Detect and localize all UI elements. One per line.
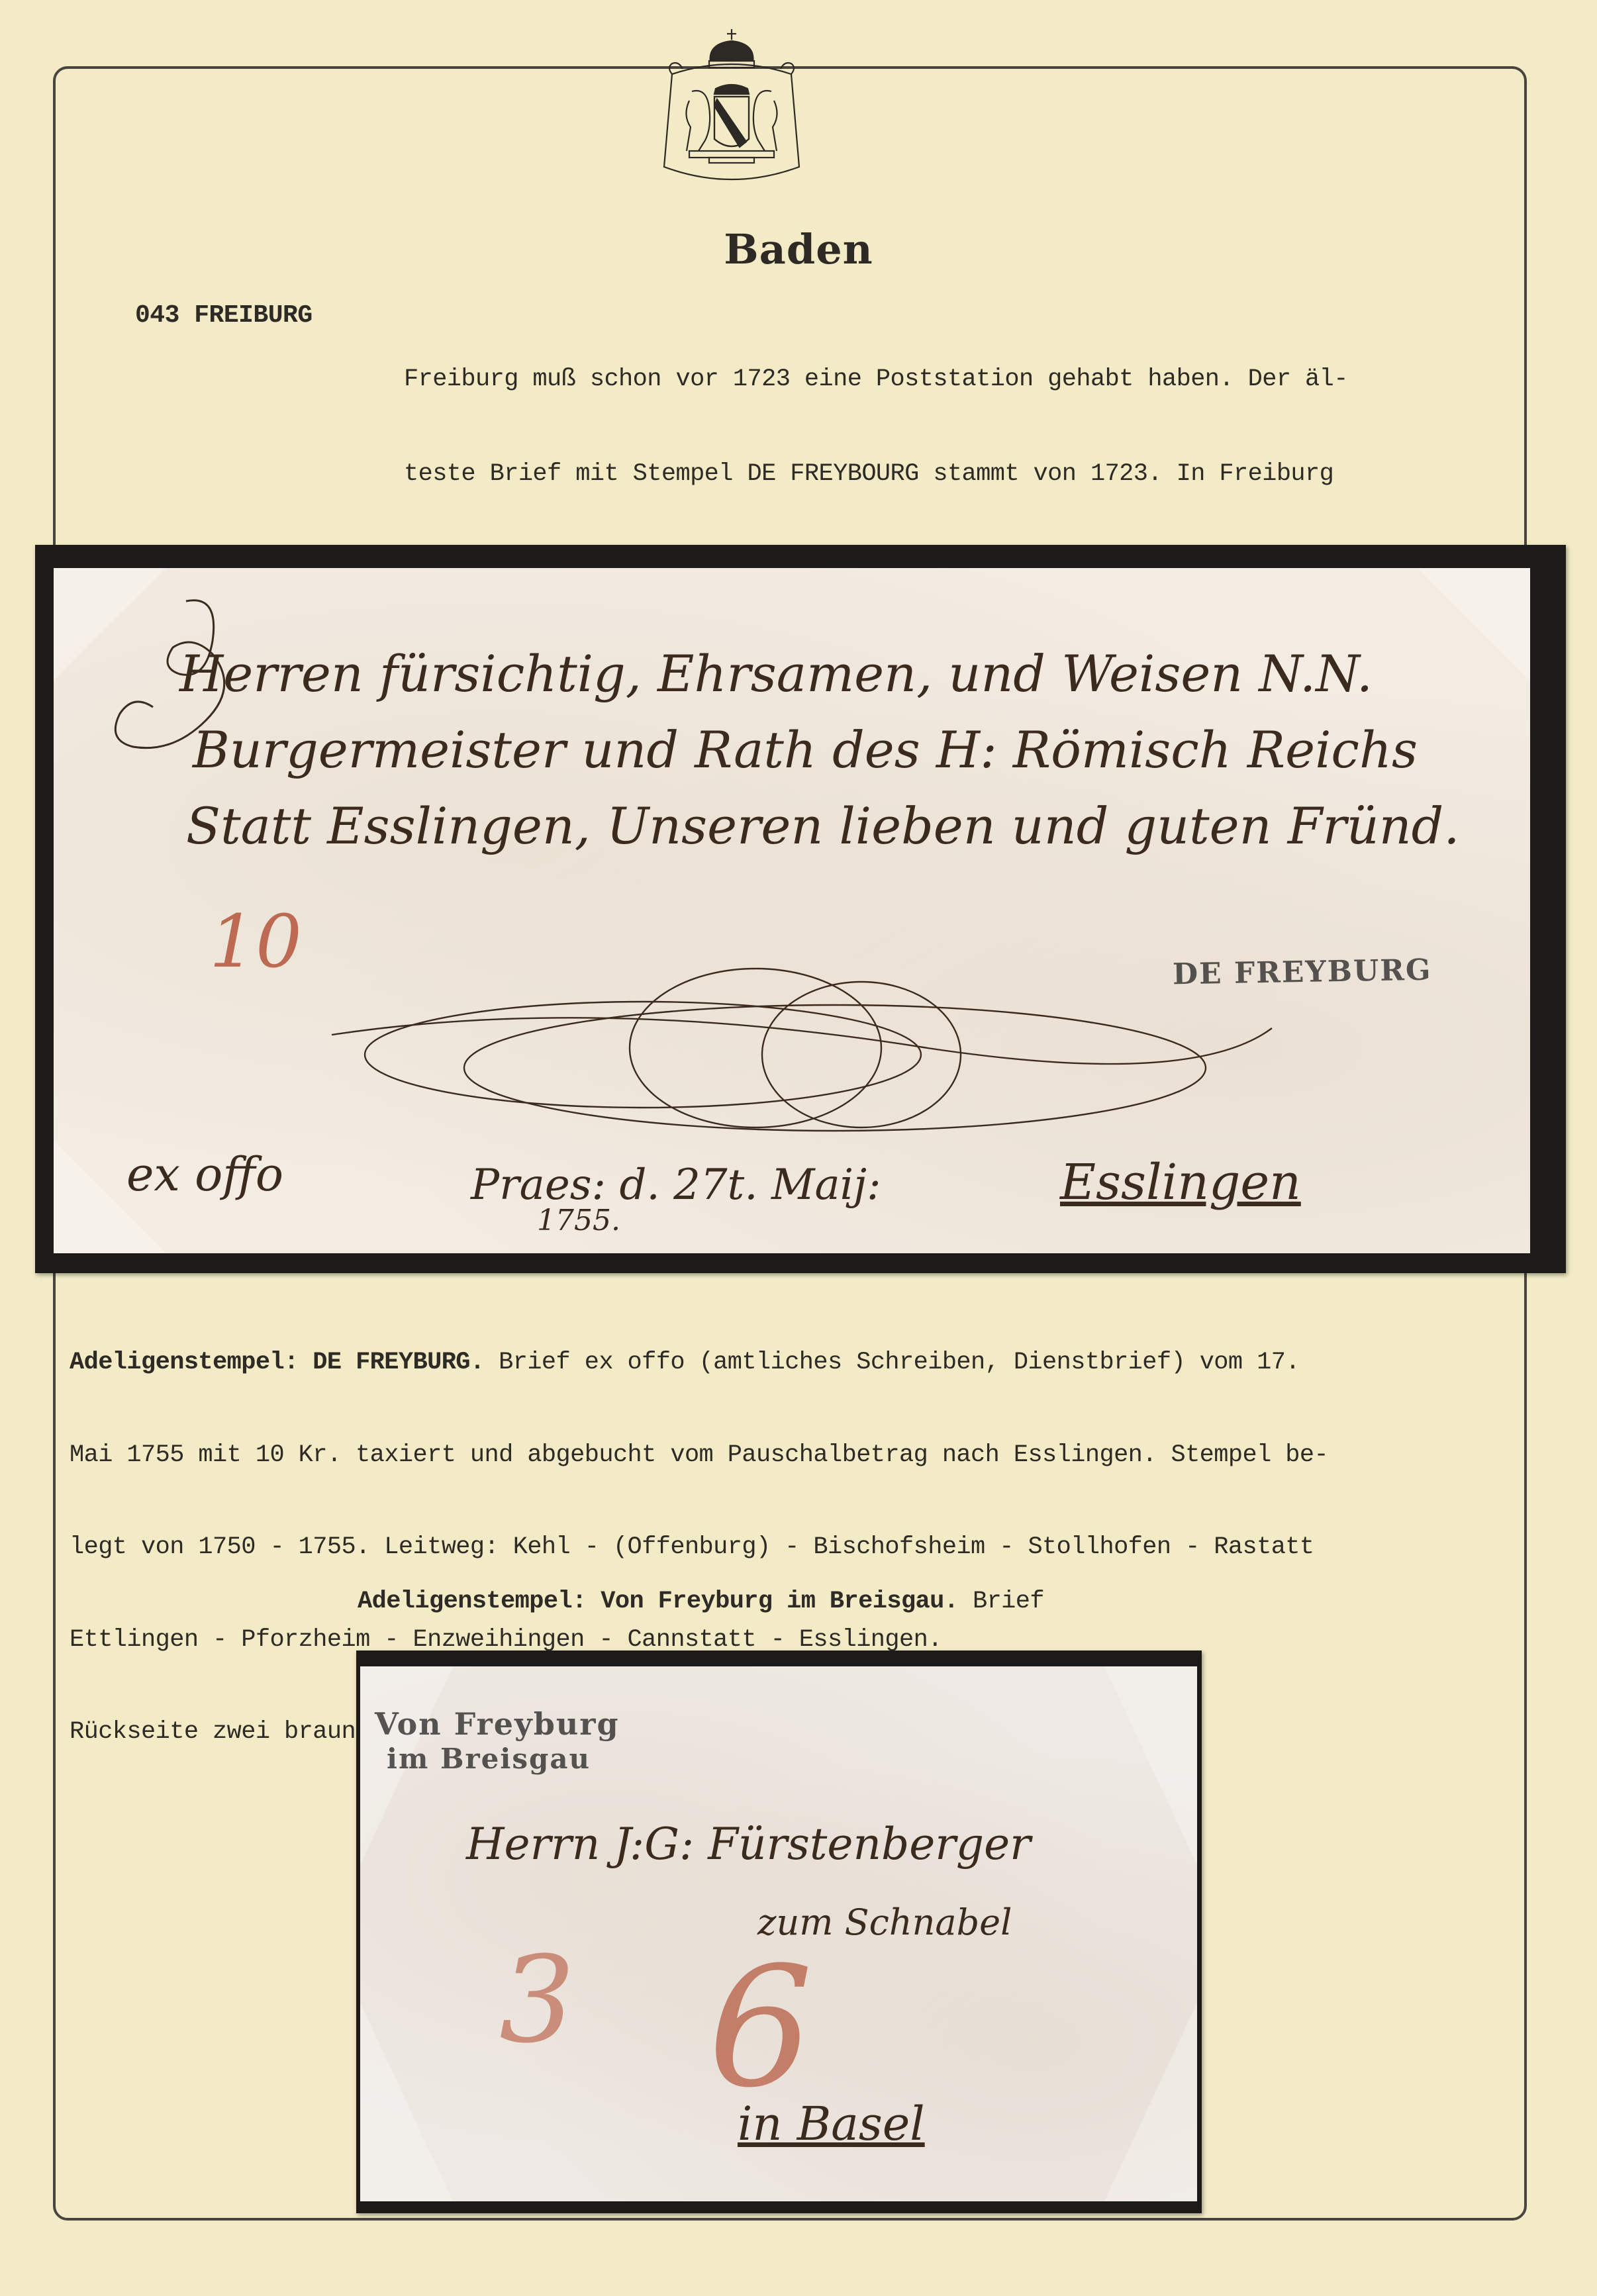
postmark-line-1: Von Freyburg [375, 1706, 620, 1742]
ex-offo-note: ex offo [126, 1147, 283, 1202]
caption-title: Adeligenstempel: Von Freyburg im Breisga… [358, 1588, 958, 1615]
red-tax-mark-6: 6 [708, 1931, 813, 2124]
address-line: Statt Esslingen, Unseren lieben und gute… [186, 796, 1460, 855]
address-line: Burgermeister und Rath des H: Römisch Re… [193, 720, 1418, 779]
caption-text: Brief ex offo (amtliches Schreiben, Dien… [485, 1349, 1300, 1376]
mount-corner [1104, 2003, 1197, 2201]
destination-town: in Basel [738, 2097, 925, 2151]
history-line: teste Brief mit Stempel DE FREYBOURG sta… [404, 459, 1529, 491]
mount-corner [1418, 568, 1530, 681]
red-tax-mark-3: 3 [499, 1931, 575, 2070]
catalog-number-label: 043 FREIBURG [135, 301, 313, 330]
caption-line: Mai 1755 mit 10 Kr. taxiert und abgebuch… [70, 1440, 1328, 1471]
receipt-year: 1755. [537, 1204, 620, 1237]
destination-town: Esslingen [1060, 1154, 1301, 1211]
letter-2-mount: Von Freyburg im Breisgau Herrn J:G: Fürs… [356, 1650, 1202, 2213]
history-line: Freiburg muß schon vor 1723 eine Poststa… [404, 364, 1529, 396]
caption-text: Brief [958, 1588, 1044, 1615]
letter-2-cover: Von Freyburg im Breisgau Herrn J:G: Fürs… [360, 1666, 1197, 2201]
addressee-name: Herrn J:G: Fürstenberger [466, 1819, 1031, 1870]
page-title: Baden [0, 225, 1597, 273]
letter-1-mount: Herren fürsichtig, Ehrsamen, und Weisen … [35, 545, 1566, 1273]
mount-corner [1104, 1666, 1197, 1865]
baden-coat-of-arms-icon [652, 28, 811, 197]
red-tax-mark: 10 [209, 899, 302, 984]
address-line: Herren fürsichtig, Ehrsamen, und Weisen … [179, 644, 1373, 703]
caption-title: Adeligenstempel: DE FREYBURG. [70, 1349, 485, 1376]
mount-corner [360, 2003, 453, 2201]
letter-1-cover: Herren fürsichtig, Ehrsamen, und Weisen … [54, 568, 1530, 1253]
postmark-line-2: im Breisgau [387, 1743, 591, 1775]
flourish-loops-icon [332, 955, 1292, 1174]
receipt-note: Praes: d. 27t. Maij: [471, 1161, 881, 1210]
